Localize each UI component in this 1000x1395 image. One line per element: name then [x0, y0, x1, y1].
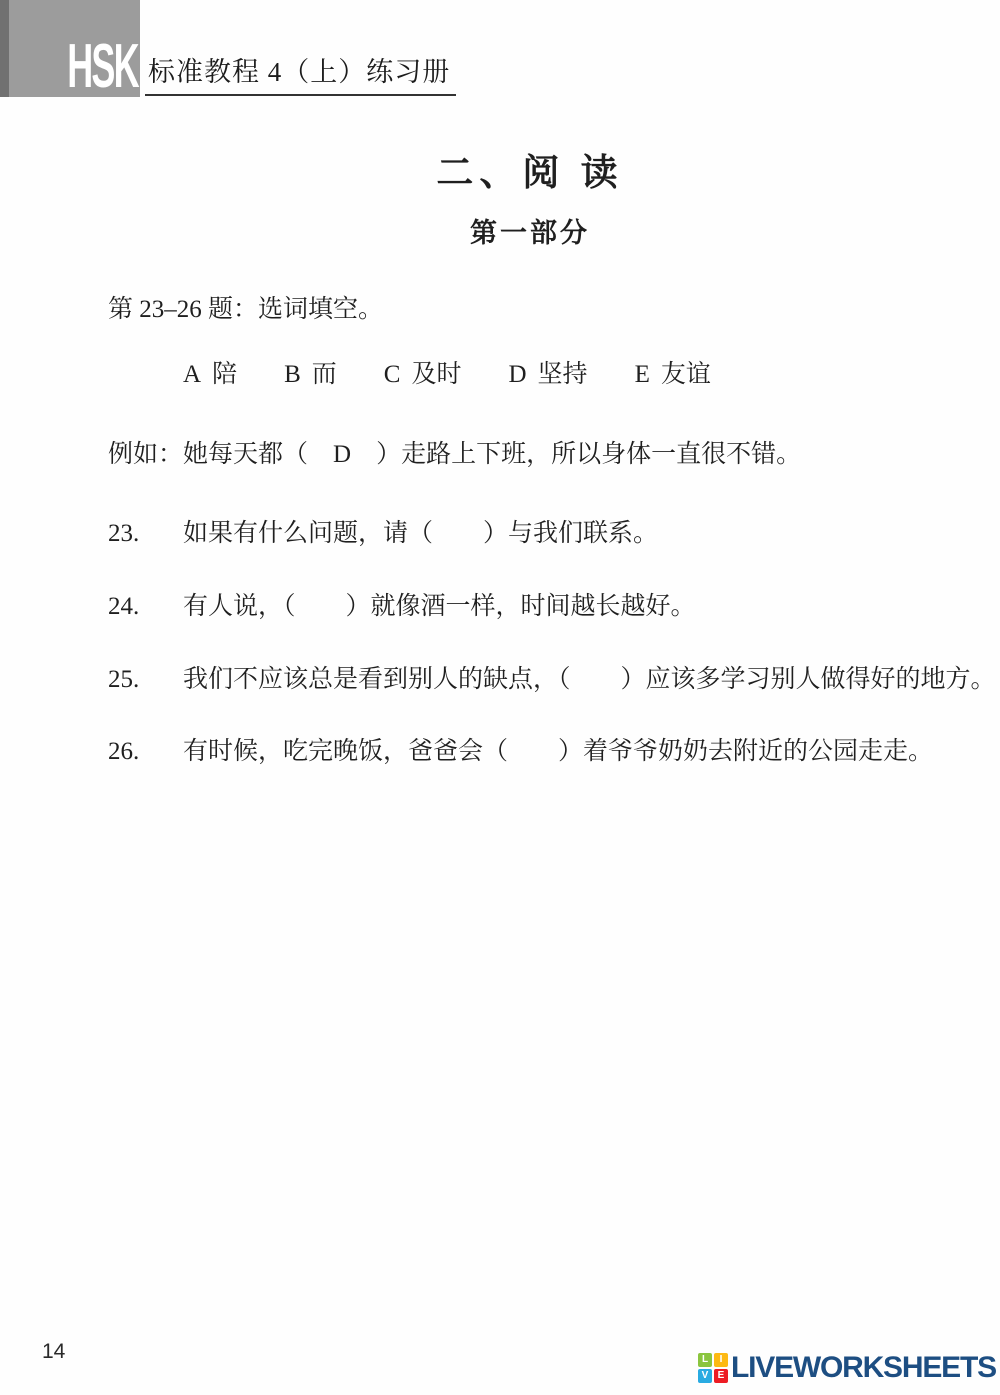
tile-l: L — [698, 1353, 712, 1367]
question-number: 23. — [108, 520, 183, 549]
question-text: 如果有什么问题，请（ ）与我们联系。 — [183, 520, 968, 549]
option-e-word: 友谊 — [661, 361, 711, 390]
option-e: E 友谊 — [635, 361, 711, 390]
option-d-word: 坚持 — [538, 361, 588, 390]
option-c-word: 及时 — [411, 361, 461, 390]
option-b-letter: B — [284, 361, 301, 390]
option-c-letter: C — [384, 361, 401, 390]
example-row: 例如： 她每天都（ D ）走路上下班，所以身体一直很不错。 — [108, 441, 968, 470]
question-number: 26. — [108, 738, 183, 767]
option-c: C 及时 — [384, 361, 462, 390]
scan-edge-shade — [0, 0, 9, 97]
question-row-25: 25. 我们不应该总是看到别人的缺点，（ ）应该多学习别人做得好的地方。 — [108, 666, 968, 695]
option-d: D 坚持 — [508, 361, 587, 390]
question-row-24: 24. 有人说，（ ）就像酒一样，时间越长越好。 — [108, 593, 968, 622]
part-title: 第一部分 — [60, 220, 1000, 247]
page-number: 14 — [42, 1340, 65, 1364]
tile-e: E — [714, 1369, 728, 1383]
question-row-23: 23. 如果有什么问题，请（ ）与我们联系。 — [108, 520, 968, 549]
question-row-26: 26. 有时候，吃完晚饭，爸爸会（ ）着爷爷奶奶去附近的公园走走。 — [108, 738, 968, 767]
option-e-letter: E — [635, 361, 650, 390]
option-d-letter: D — [508, 361, 526, 390]
question-text: 我们不应该总是看到别人的缺点，（ ）应该多学习别人做得好的地方。 — [183, 666, 996, 695]
tile-v: V — [698, 1369, 712, 1383]
instruction-text: 第 23–26 题：选词填空。 — [108, 296, 383, 325]
word-options: A 陪 B 而 C 及时 D 坚持 E 友谊 — [183, 361, 711, 390]
question-text: 有人说，（ ）就像酒一样，时间越长越好。 — [183, 593, 968, 622]
question-number: 25. — [108, 666, 183, 695]
liveworksheets-tiles-icon: L I V E — [698, 1353, 728, 1383]
option-a-letter: A — [183, 361, 201, 390]
section-title: 二、阅 读 — [60, 155, 1000, 192]
tile-i: I — [714, 1353, 728, 1367]
liveworksheets-logo[interactable]: L I V E LIVEWORKSHEETS — [698, 1353, 996, 1383]
option-b-word: 而 — [312, 361, 337, 390]
question-number: 24. — [108, 593, 183, 622]
example-text: 她每天都（ D ）走路上下班，所以身体一直很不错。 — [183, 441, 968, 470]
workbook-page: HSK 标准教程 4（上）练习册 二、阅 读 第一部分 第 23–26 题：选词… — [0, 0, 1000, 1395]
question-text: 有时候，吃完晚饭，爸爸会（ ）着爷爷奶奶去附近的公园走走。 — [183, 738, 968, 767]
liveworksheets-wordmark: LIVEWORKSHEETS — [731, 1353, 996, 1383]
title-area: 二、阅 读 第一部分 — [60, 0, 1000, 247]
option-a: A 陪 — [183, 361, 237, 390]
option-b: B 而 — [284, 361, 337, 390]
option-a-word: 陪 — [212, 361, 237, 390]
example-label: 例如： — [108, 441, 183, 470]
